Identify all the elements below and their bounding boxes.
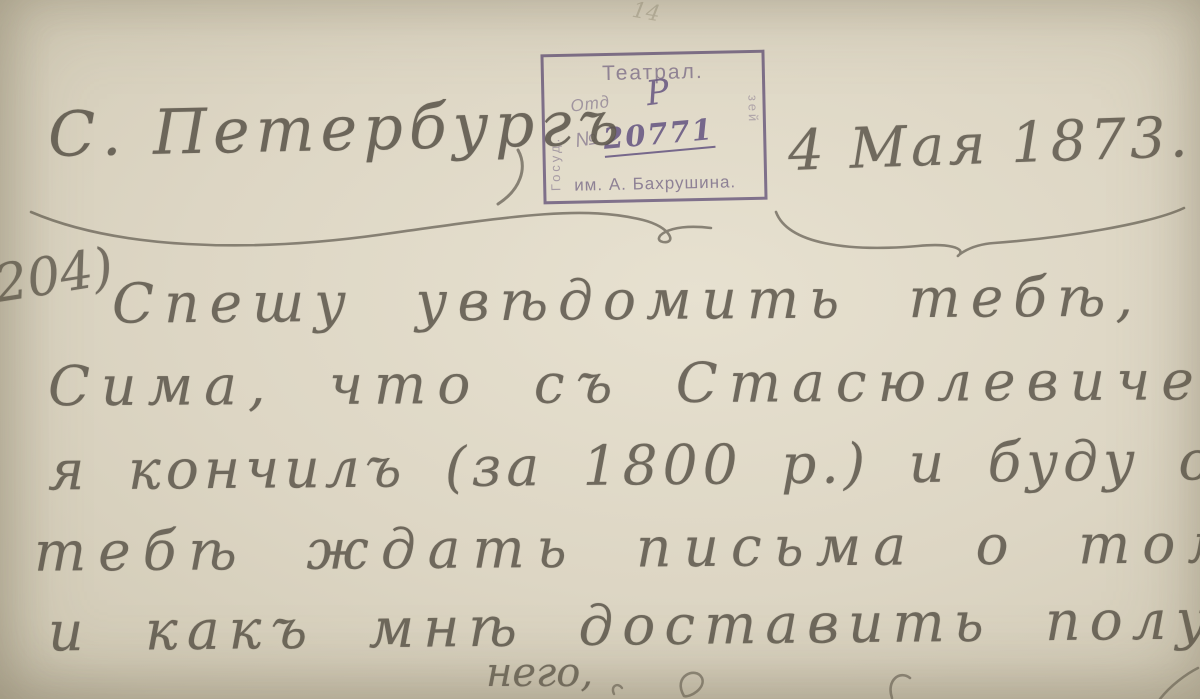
stamp-handwritten-mark: Р <box>644 72 672 115</box>
margin-number: 204) <box>0 237 118 315</box>
body-line-2: Сима, что съ Стасюлевичемъ <box>48 349 1200 419</box>
stamp-line-bakhrushin: им. А. Бахрушина. <box>546 172 764 197</box>
place-underline-flourish <box>25 198 715 253</box>
pencil-note: 14 <box>630 0 662 27</box>
body-line-5: и какъ мнѣ доставить полученныя <box>48 585 1200 663</box>
body-line-4: тебѣ ждать письма о томъ — куда <box>34 509 1200 584</box>
body-line-1: Спешу увѣдомить тебѣ, милый <box>112 263 1200 336</box>
interlinear-word: него, <box>486 650 593 696</box>
manuscript-page: 14 Госуд. Театрал. Отд Р № 20771 им. А. … <box>0 0 1200 699</box>
body-line-3: я кончилъ (за 1800 р.) и буду отъ <box>48 428 1200 502</box>
dateline-date: 4 Мая 1873. <box>787 105 1192 184</box>
cutoff-line-strokes <box>600 664 1200 699</box>
stamp-right-vertical-text: зей <box>745 95 761 125</box>
dateline-place: С. Петербургъ <box>47 86 625 171</box>
date-underline-flourish <box>768 206 1193 261</box>
